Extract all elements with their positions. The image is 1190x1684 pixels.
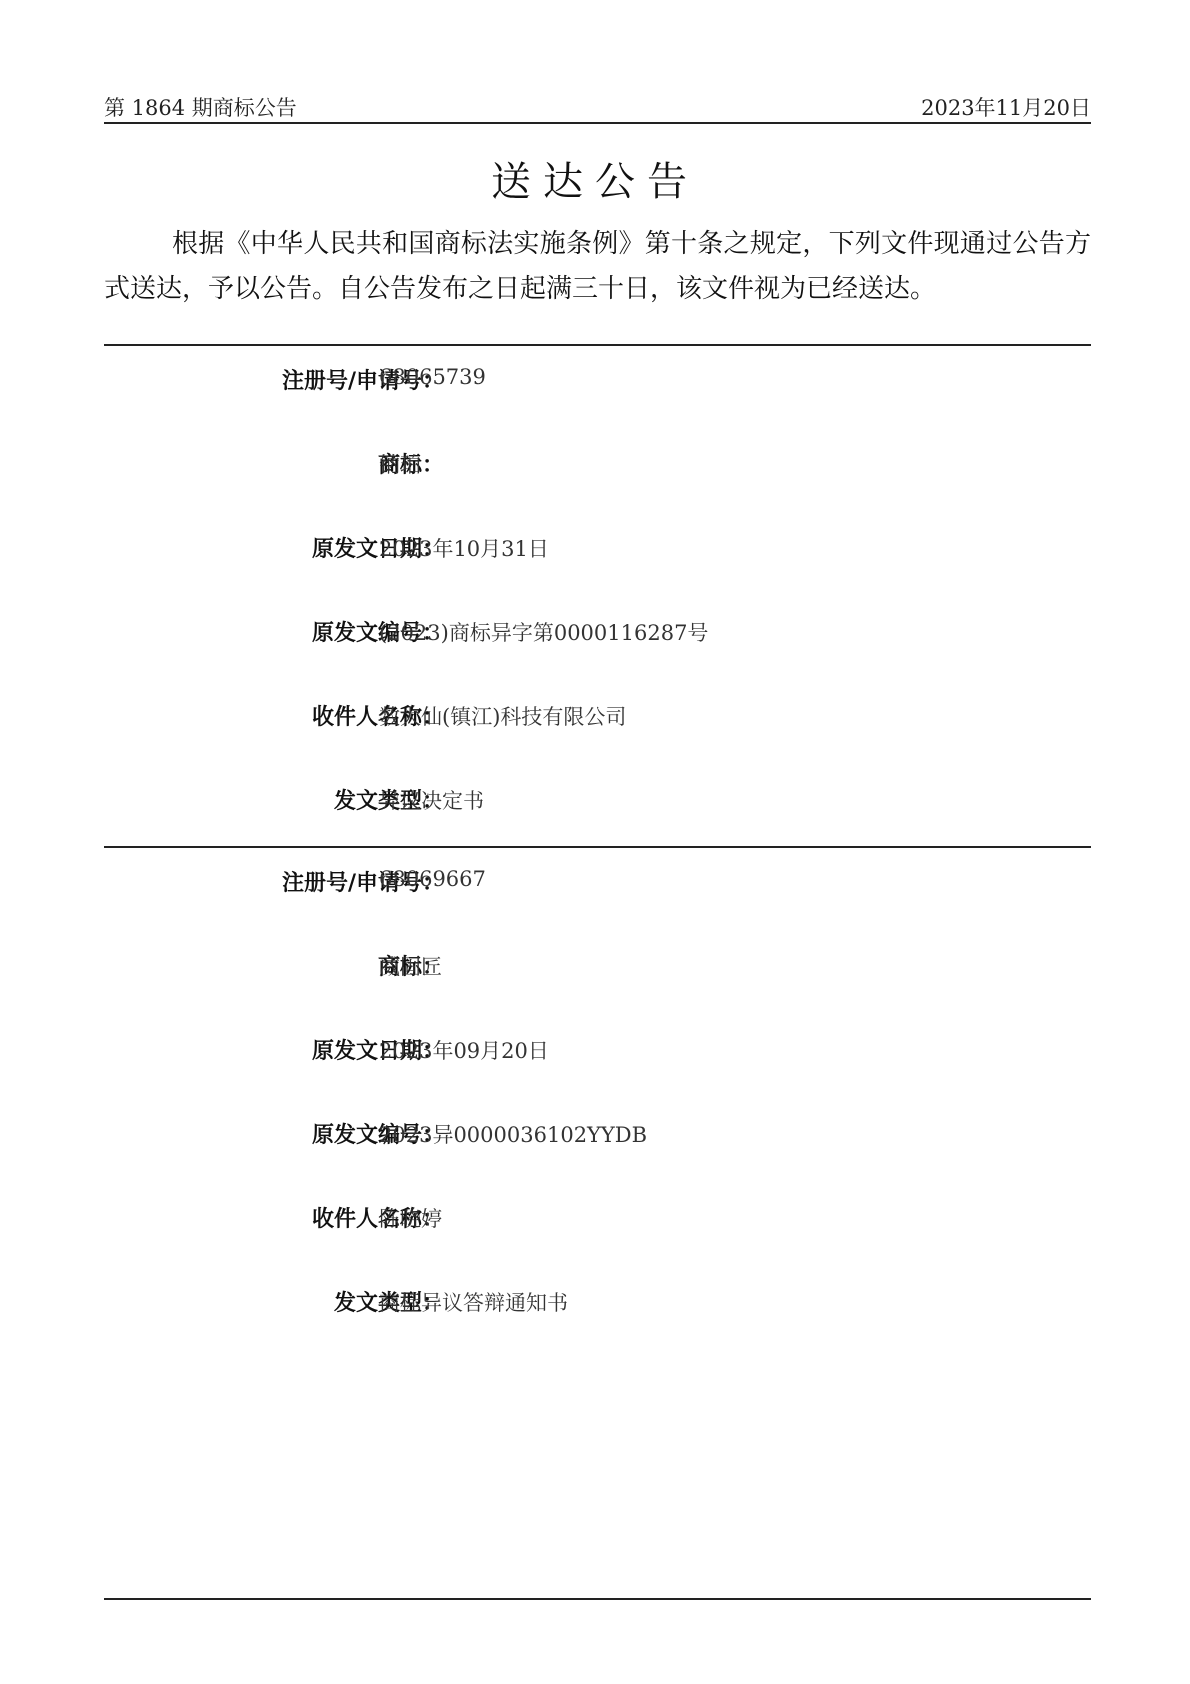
field-recipient: 收件人名称： 陈晓婷 (104, 1202, 1091, 1242)
value-orig-date: 2023年10月31日 (379, 533, 549, 563)
value-reg-no: 68065739 (379, 365, 486, 389)
record-divider (104, 344, 1091, 346)
field-trademark: 商标： 钠珀 (104, 448, 1091, 488)
page-title: 送达公告 (0, 150, 1190, 207)
field-orig-date: 原发文日期： 2023年10月31日 (104, 532, 1091, 572)
field-orig-no: 原发文编号： (2023)商标异字第0000116287号 (104, 616, 1091, 656)
field-orig-date: 原发文日期： 2023年09月20日 (104, 1034, 1091, 1074)
value-doc-type: 商标异议答辩通知书 (379, 1287, 568, 1317)
intro-paragraph: 根据《中华人民共和国商标法实施条例》第十条之规定，下列文件现通过公告方式送达，予… (104, 222, 1091, 312)
header-divider (104, 122, 1091, 124)
field-reg-no: 注册号/申请号： 68069667 (104, 866, 1091, 906)
value-orig-date: 2023年09月20日 (379, 1035, 549, 1065)
record-divider (104, 846, 1091, 848)
value-trademark: 威固匠 (379, 951, 442, 981)
field-reg-no: 注册号/申请号： 68065739 (104, 364, 1091, 404)
page-header: 第 1864 期商标公告 2023年11月20日 (104, 92, 1091, 132)
value-orig-no: (2023)商标异字第0000116287号 (379, 617, 708, 647)
value-orig-no: 2023异0000036102YYDB (379, 1119, 647, 1149)
value-reg-no: 68069667 (379, 867, 486, 891)
field-orig-no: 原发文编号： 2023异0000036102YYDB (104, 1118, 1091, 1158)
field-doc-type: 发文类型： 异议决定书 (104, 784, 1091, 824)
field-trademark: 商标： 威固匠 (104, 950, 1091, 990)
field-recipient: 收件人名称： 数大仙(镇江)科技有限公司 (104, 700, 1091, 740)
value-doc-type: 异议决定书 (379, 785, 484, 815)
field-doc-type: 发文类型： 商标异议答辩通知书 (104, 1286, 1091, 1326)
footer-divider (104, 1598, 1091, 1600)
value-recipient: 数大仙(镇江)科技有限公司 (379, 701, 626, 731)
value-trademark: 钠珀 (379, 449, 421, 479)
issue-number: 第 1864 期商标公告 (104, 92, 297, 122)
value-recipient: 陈晓婷 (379, 1203, 442, 1233)
issue-date: 2023年11月20日 (921, 92, 1091, 122)
